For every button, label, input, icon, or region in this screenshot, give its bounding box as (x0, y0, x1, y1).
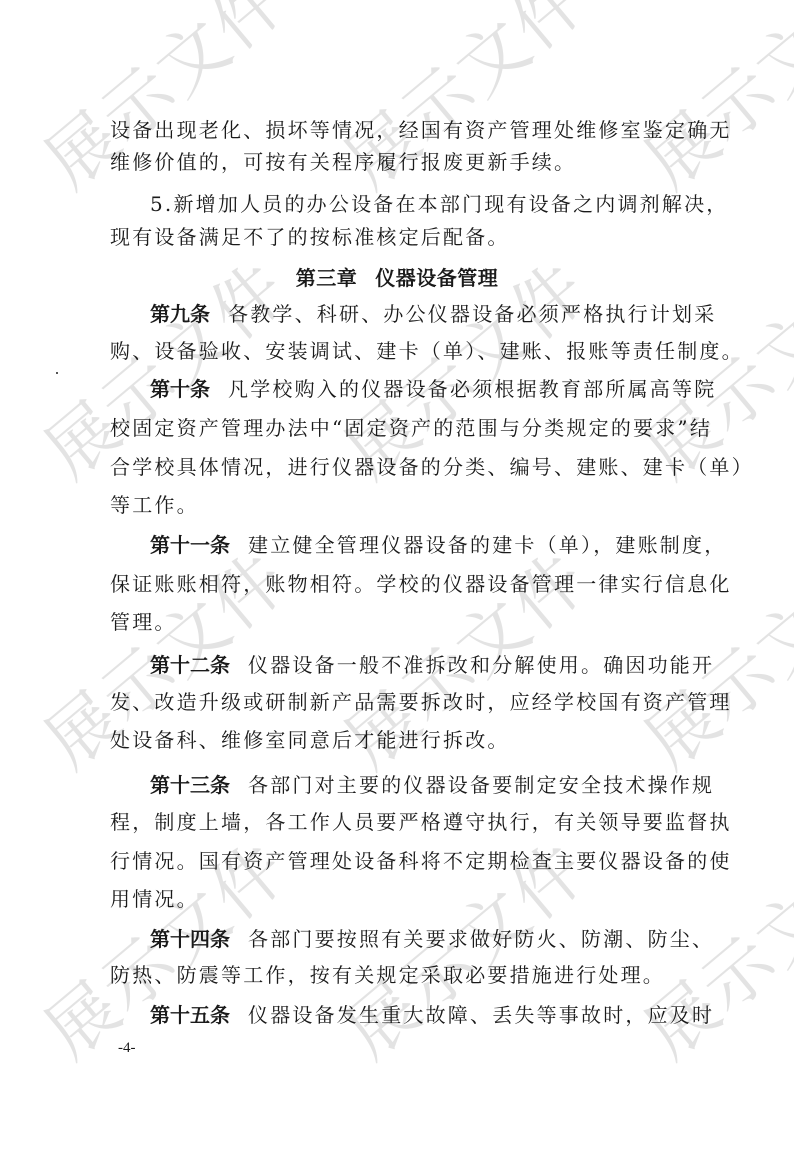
paragraph-line: 程，制度上墙，各工作人员要严格遵守执行，有关领导要监督执 (110, 810, 710, 834)
document-page: 设备出现老化、损坏等情况，经国有资产管理处维修室鉴定确无 维修价值的，可按有关程… (0, 0, 794, 1168)
chapter-title: 仪器设备管理 (375, 266, 498, 290)
paragraph-line: 处设备科、维修室同意后才能进行拆改。 (110, 728, 710, 752)
article-label: 第十五条 (150, 1003, 230, 1027)
article-text: 各部门要按照有关要求做好防火、防潮、防尘、 (248, 927, 714, 951)
chapter-number: 第三章 (296, 266, 358, 290)
article-label: 第十一条 (150, 533, 230, 557)
paragraph-line: 合学校具体情况，进行仪器设备的分类、编号、建账、建卡（单） (110, 455, 710, 479)
paragraph-line: 维修价值的，可按有关程序履行报废更新手续。 (110, 150, 710, 174)
article-label: 第十四条 (150, 927, 230, 951)
article-text: 仪器设备发生重大故障、丢失等事故时，应及时 (248, 1003, 714, 1027)
article-text: 各教学、科研、办公仪器设备必须严格执行计划采 (228, 302, 716, 326)
article-label: 第十条 (150, 377, 210, 401)
paragraph-line: 购、设备验收、安装调试、建卡（单）、建账、报账等责任制度。 (110, 339, 710, 363)
article-9: 第九条各教学、科研、办公仪器设备必须严格执行计划采 (150, 302, 710, 326)
article-12: 第十二条仪器设备一般不准拆改和分解使用。确因功能开 (150, 653, 710, 677)
chapter-heading: 第三章仪器设备管理 (0, 262, 794, 291)
paragraph-line: 行情况。国有资产管理处设备科将不定期检查主要仪器设备的使 (110, 849, 710, 873)
article-text: 凡学校购入的仪器设备必须根据教育部所属高等院 (228, 377, 716, 401)
paragraph-line: 校固定资产管理办法中“固定资产的范围与分类规定的要求”结 (110, 416, 710, 440)
article-label: 第十三条 (150, 773, 230, 797)
article-text: 各部门对主要的仪器设备要制定安全技术操作规 (248, 773, 714, 797)
article-11: 第十一条建立健全管理仪器设备的建卡（单），建账制度， (150, 533, 710, 557)
article-10: 第十条凡学校购入的仪器设备必须根据教育部所属高等院 (150, 377, 710, 401)
paragraph-line: 发、改造升级或研制新产品需要拆改时，应经学校国有资产管理 (110, 690, 710, 714)
paragraph-line: 保证账账相符，账物相符。学校的仪器设备管理一律实行信息化 (110, 572, 710, 596)
paragraph-line: 设备出现老化、损坏等情况，经国有资产管理处维修室鉴定确无 (110, 118, 710, 142)
paragraph-line: 防热、防震等工作，按有关规定采取必要措施进行处理。 (110, 963, 710, 987)
article-13: 第十三条各部门对主要的仪器设备要制定安全技术操作规 (150, 773, 710, 797)
page-number: -4- (118, 1040, 136, 1057)
paragraph-line: 5.新增加人员的办公设备在本部门现有设备之内调剂解决， (150, 192, 710, 216)
article-label: 第十二条 (150, 653, 230, 677)
paragraph-line: 管理。 (110, 610, 710, 634)
article-label: 第九条 (150, 302, 210, 326)
article-15: 第十五条仪器设备发生重大故障、丢失等事故时，应及时 (150, 1003, 710, 1027)
scan-speck (56, 372, 58, 374)
paragraph-line: 等工作。 (110, 493, 710, 517)
article-text: 仪器设备一般不准拆改和分解使用。确因功能开 (248, 653, 714, 677)
article-14: 第十四条各部门要按照有关要求做好防火、防潮、防尘、 (150, 927, 710, 951)
paragraph-line: 用情况。 (110, 887, 710, 911)
paragraph-line: 现有设备满足不了的按标准核定后配备。 (110, 225, 710, 249)
article-text: 建立健全管理仪器设备的建卡（单），建账制度， (248, 533, 726, 557)
